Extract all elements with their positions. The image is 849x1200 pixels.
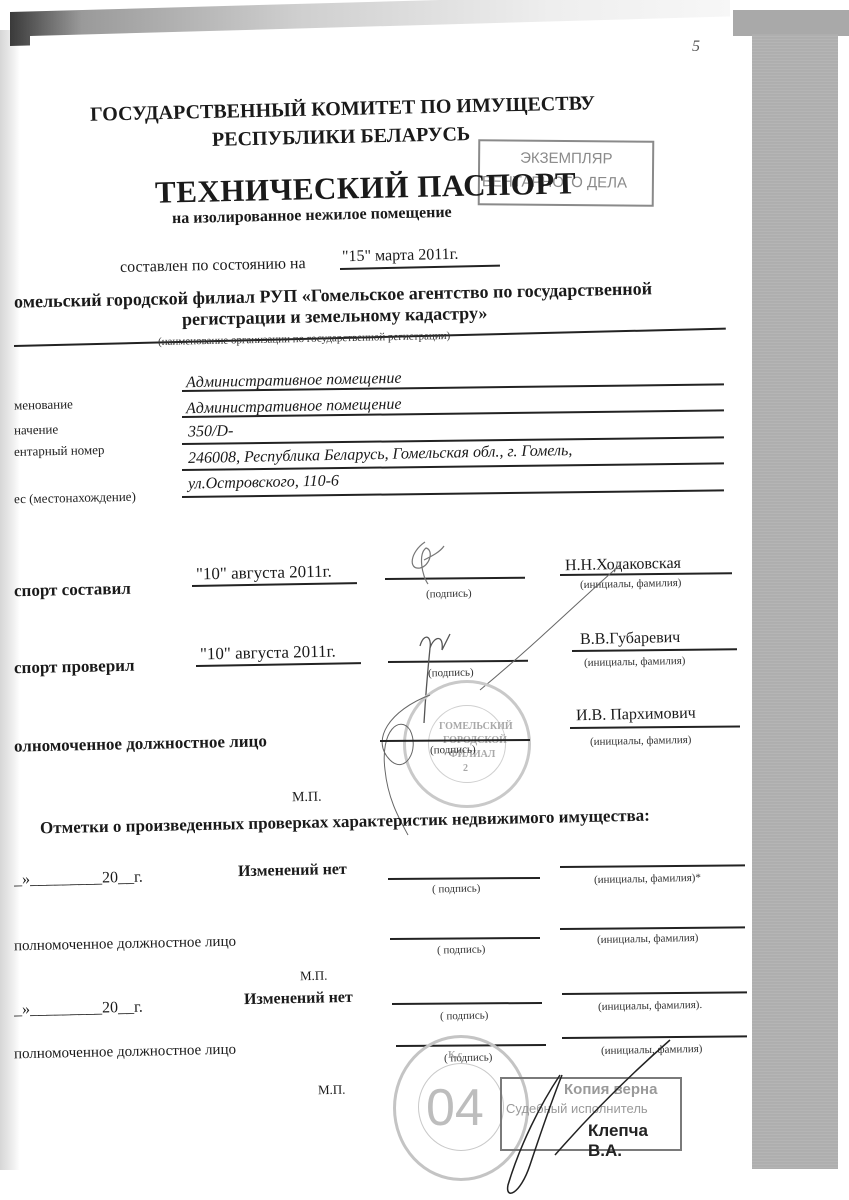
signature-compiled-icon bbox=[400, 540, 450, 590]
field-value-inventory-number: 350/D- bbox=[188, 423, 234, 442]
field-label-name: менование bbox=[14, 396, 73, 413]
check1-mp: М.П. bbox=[300, 968, 328, 985]
check2-official-role: полномоченное должностное лицо bbox=[14, 1042, 236, 1064]
check2-status: Изменений нет bbox=[244, 989, 353, 1009]
check2-name-line bbox=[562, 991, 747, 994]
page-marker: 5 bbox=[692, 38, 700, 56]
check2-name-caption: (инициалы, фамилия). bbox=[598, 999, 702, 1013]
official-seal-number: 2 bbox=[463, 763, 468, 774]
committee-line-2: РЕСПУБЛИКИ БЕЛАРУСЬ bbox=[212, 123, 471, 152]
court-seal-number: 04 bbox=[426, 1078, 484, 1138]
field-line-inventory-number bbox=[182, 436, 724, 444]
name-caption-authorized: (инициалы, фамилия) bbox=[590, 734, 692, 748]
committee-line-1: ГОСУДАРСТВЕННЫЙ КОМИТЕТ ПО ИМУЩЕСТВУ bbox=[90, 92, 595, 126]
field-label-address: ес (местонахождение) bbox=[14, 489, 136, 508]
name-line-authorized bbox=[570, 726, 740, 729]
check2-sign-caption: ( подпись) bbox=[440, 1009, 489, 1022]
check2-mp: М.П. bbox=[318, 1082, 346, 1099]
check1-status: Изменений нет bbox=[238, 861, 347, 881]
check2-date: _»_________20__г. bbox=[14, 999, 143, 1020]
field-label-inventory-number: ентарный номер bbox=[14, 442, 105, 460]
check1-name-caption: (инициалы, фамилия)* bbox=[594, 872, 701, 886]
sign-caption-authorized: (подпись) bbox=[430, 744, 476, 757]
as-of-prefix: составлен по состоянию на bbox=[120, 255, 306, 277]
signer-role-compiled: спорт составил bbox=[14, 579, 131, 601]
mp-label-1: М.П. bbox=[292, 790, 322, 807]
signer-role-authorized: олномоченное должностное лицо bbox=[14, 731, 267, 756]
check1-name-line bbox=[560, 864, 745, 867]
check1-official-name-line bbox=[560, 926, 745, 929]
check2-sign-line bbox=[392, 1002, 542, 1005]
check1-official-role: полномоченное должностное лицо bbox=[14, 934, 236, 956]
seal-sign-stroke-icon bbox=[470, 560, 630, 700]
bailiff-signature-icon bbox=[500, 1035, 680, 1200]
as-of-date: "15" марта 2011г. bbox=[342, 246, 459, 266]
check1-sign-caption: ( подпись) bbox=[432, 882, 481, 895]
check1-sign-line bbox=[388, 877, 540, 880]
scan-edge-right bbox=[752, 34, 838, 1169]
signer-date-checked: "10" августа 2011г. bbox=[200, 642, 336, 665]
signer-name-authorized: И.В. Пархимович bbox=[576, 705, 696, 726]
official-seal-text-1: ГОМЕЛЬСКИЙ bbox=[439, 721, 513, 732]
checks-heading: Отметки о произведенных проверках характ… bbox=[40, 806, 650, 839]
signer-date-compiled: "10" августа 2011г. bbox=[196, 562, 332, 585]
check1-date: _»_________20__г. bbox=[14, 869, 143, 890]
check1-official-name-caption: (инициалы, фамилия) bbox=[597, 932, 699, 946]
check1-official-sign-line bbox=[390, 937, 540, 940]
court-seal-inner-text: К.с bbox=[448, 1050, 462, 1061]
field-value-address-line2: ул.Островского, 110-6 bbox=[188, 472, 339, 493]
scan-edge-right-top bbox=[733, 10, 849, 36]
signer-role-checked: спорт проверил bbox=[14, 656, 135, 679]
field-label-purpose: начение bbox=[14, 422, 59, 439]
organization-caption: (наименование организации по государстве… bbox=[158, 330, 450, 348]
check1-official-sign-caption: ( подпись) bbox=[437, 943, 486, 956]
